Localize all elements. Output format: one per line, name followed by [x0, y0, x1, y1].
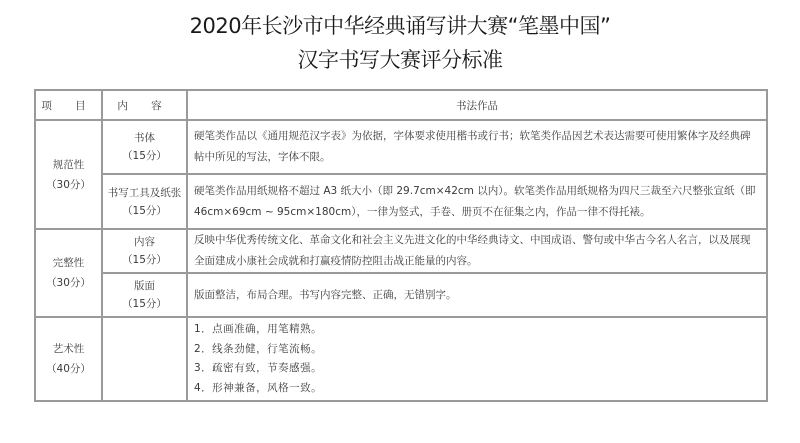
category-score: （40分）	[36, 359, 101, 379]
item-cell: 版面 （15分）	[102, 273, 187, 317]
item-cell: 书写工具及纸张 （15分）	[102, 174, 187, 229]
item-score: （15分）	[103, 251, 186, 269]
item-name: 书写工具及纸张	[103, 184, 186, 202]
category-name: 完整性	[36, 253, 101, 273]
item-cell-empty	[102, 317, 187, 401]
category-score: （30分）	[36, 175, 101, 195]
item-description: 反映中华优秀传统文化、革命文化和社会主义先进文化的中华经典诗文、中国成语、警句或…	[187, 229, 767, 273]
table-row: 书写工具及纸张 （15分） 硬笔类作品用纸规格不超过 A3 纸大小（即 29.7…	[35, 174, 767, 229]
category-cell: 艺术性 （40分）	[35, 317, 102, 401]
item-score: （15分）	[103, 295, 186, 313]
category-name: 规范性	[36, 155, 101, 175]
table-row: 版面 （15分） 版面整洁，布局合理。书写内容完整、正确，无错别字。	[35, 273, 767, 317]
item-score: （15分）	[103, 147, 186, 165]
list-item: 4．形神兼备，风格一致。	[194, 379, 760, 399]
table-row: 完整性 （30分） 内容 （15分） 反映中华优秀传统文化、革命文化和社会主义先…	[35, 229, 767, 273]
category-cell: 完整性 （30分）	[35, 229, 102, 317]
table-header-row: 项 目 内 容 书法作品	[35, 90, 767, 120]
document-subtitle: 汉字书写大赛评分标准	[0, 44, 800, 74]
item-description: 硬笔类作品用纸规格不超过 A3 纸大小（即 29.7cm×42cm 以内）。软笔…	[187, 174, 767, 229]
item-name: 书体	[103, 129, 186, 147]
table-row: 艺术性 （40分） 1．点画准确，用笔精熟。 2．线条劲健，行笔流畅。 3．疏密…	[35, 317, 767, 401]
item-score: （15分）	[103, 202, 186, 220]
scoring-table: 项 目 内 容 书法作品 规范性 （30分） 书体 （15分） 硬笔类作品以《通…	[34, 89, 768, 402]
category-name: 艺术性	[36, 339, 101, 359]
header-content: 内 容	[102, 90, 187, 120]
header-work: 书法作品	[187, 90, 767, 120]
list-item: 2．线条劲健，行笔流畅。	[194, 340, 760, 360]
category-score: （30分）	[36, 273, 101, 293]
header-category: 项 目	[35, 90, 102, 120]
list-item: 1．点画准确，用笔精熟。	[194, 320, 760, 340]
item-name: 版面	[103, 277, 186, 295]
item-cell: 书体 （15分）	[102, 120, 187, 174]
table-row: 规范性 （30分） 书体 （15分） 硬笔类作品以《通用规范汉字表》为依据，字体…	[35, 120, 767, 174]
list-item: 3．疏密有致，节奏感强。	[194, 359, 760, 379]
document-title: 2020年长沙市中华经典诵写讲大赛“笔墨中国”	[0, 10, 800, 40]
item-description: 硬笔类作品以《通用规范汉字表》为依据，字体要求使用楷书或行书；软笔类作品因艺术表…	[187, 120, 767, 174]
item-description-list: 1．点画准确，用笔精熟。 2．线条劲健，行笔流畅。 3．疏密有致，节奏感强。 4…	[187, 317, 767, 401]
category-cell: 规范性 （30分）	[35, 120, 102, 229]
item-cell: 内容 （15分）	[102, 229, 187, 273]
item-description: 版面整洁，布局合理。书写内容完整、正确，无错别字。	[187, 273, 767, 317]
item-name: 内容	[103, 233, 186, 251]
